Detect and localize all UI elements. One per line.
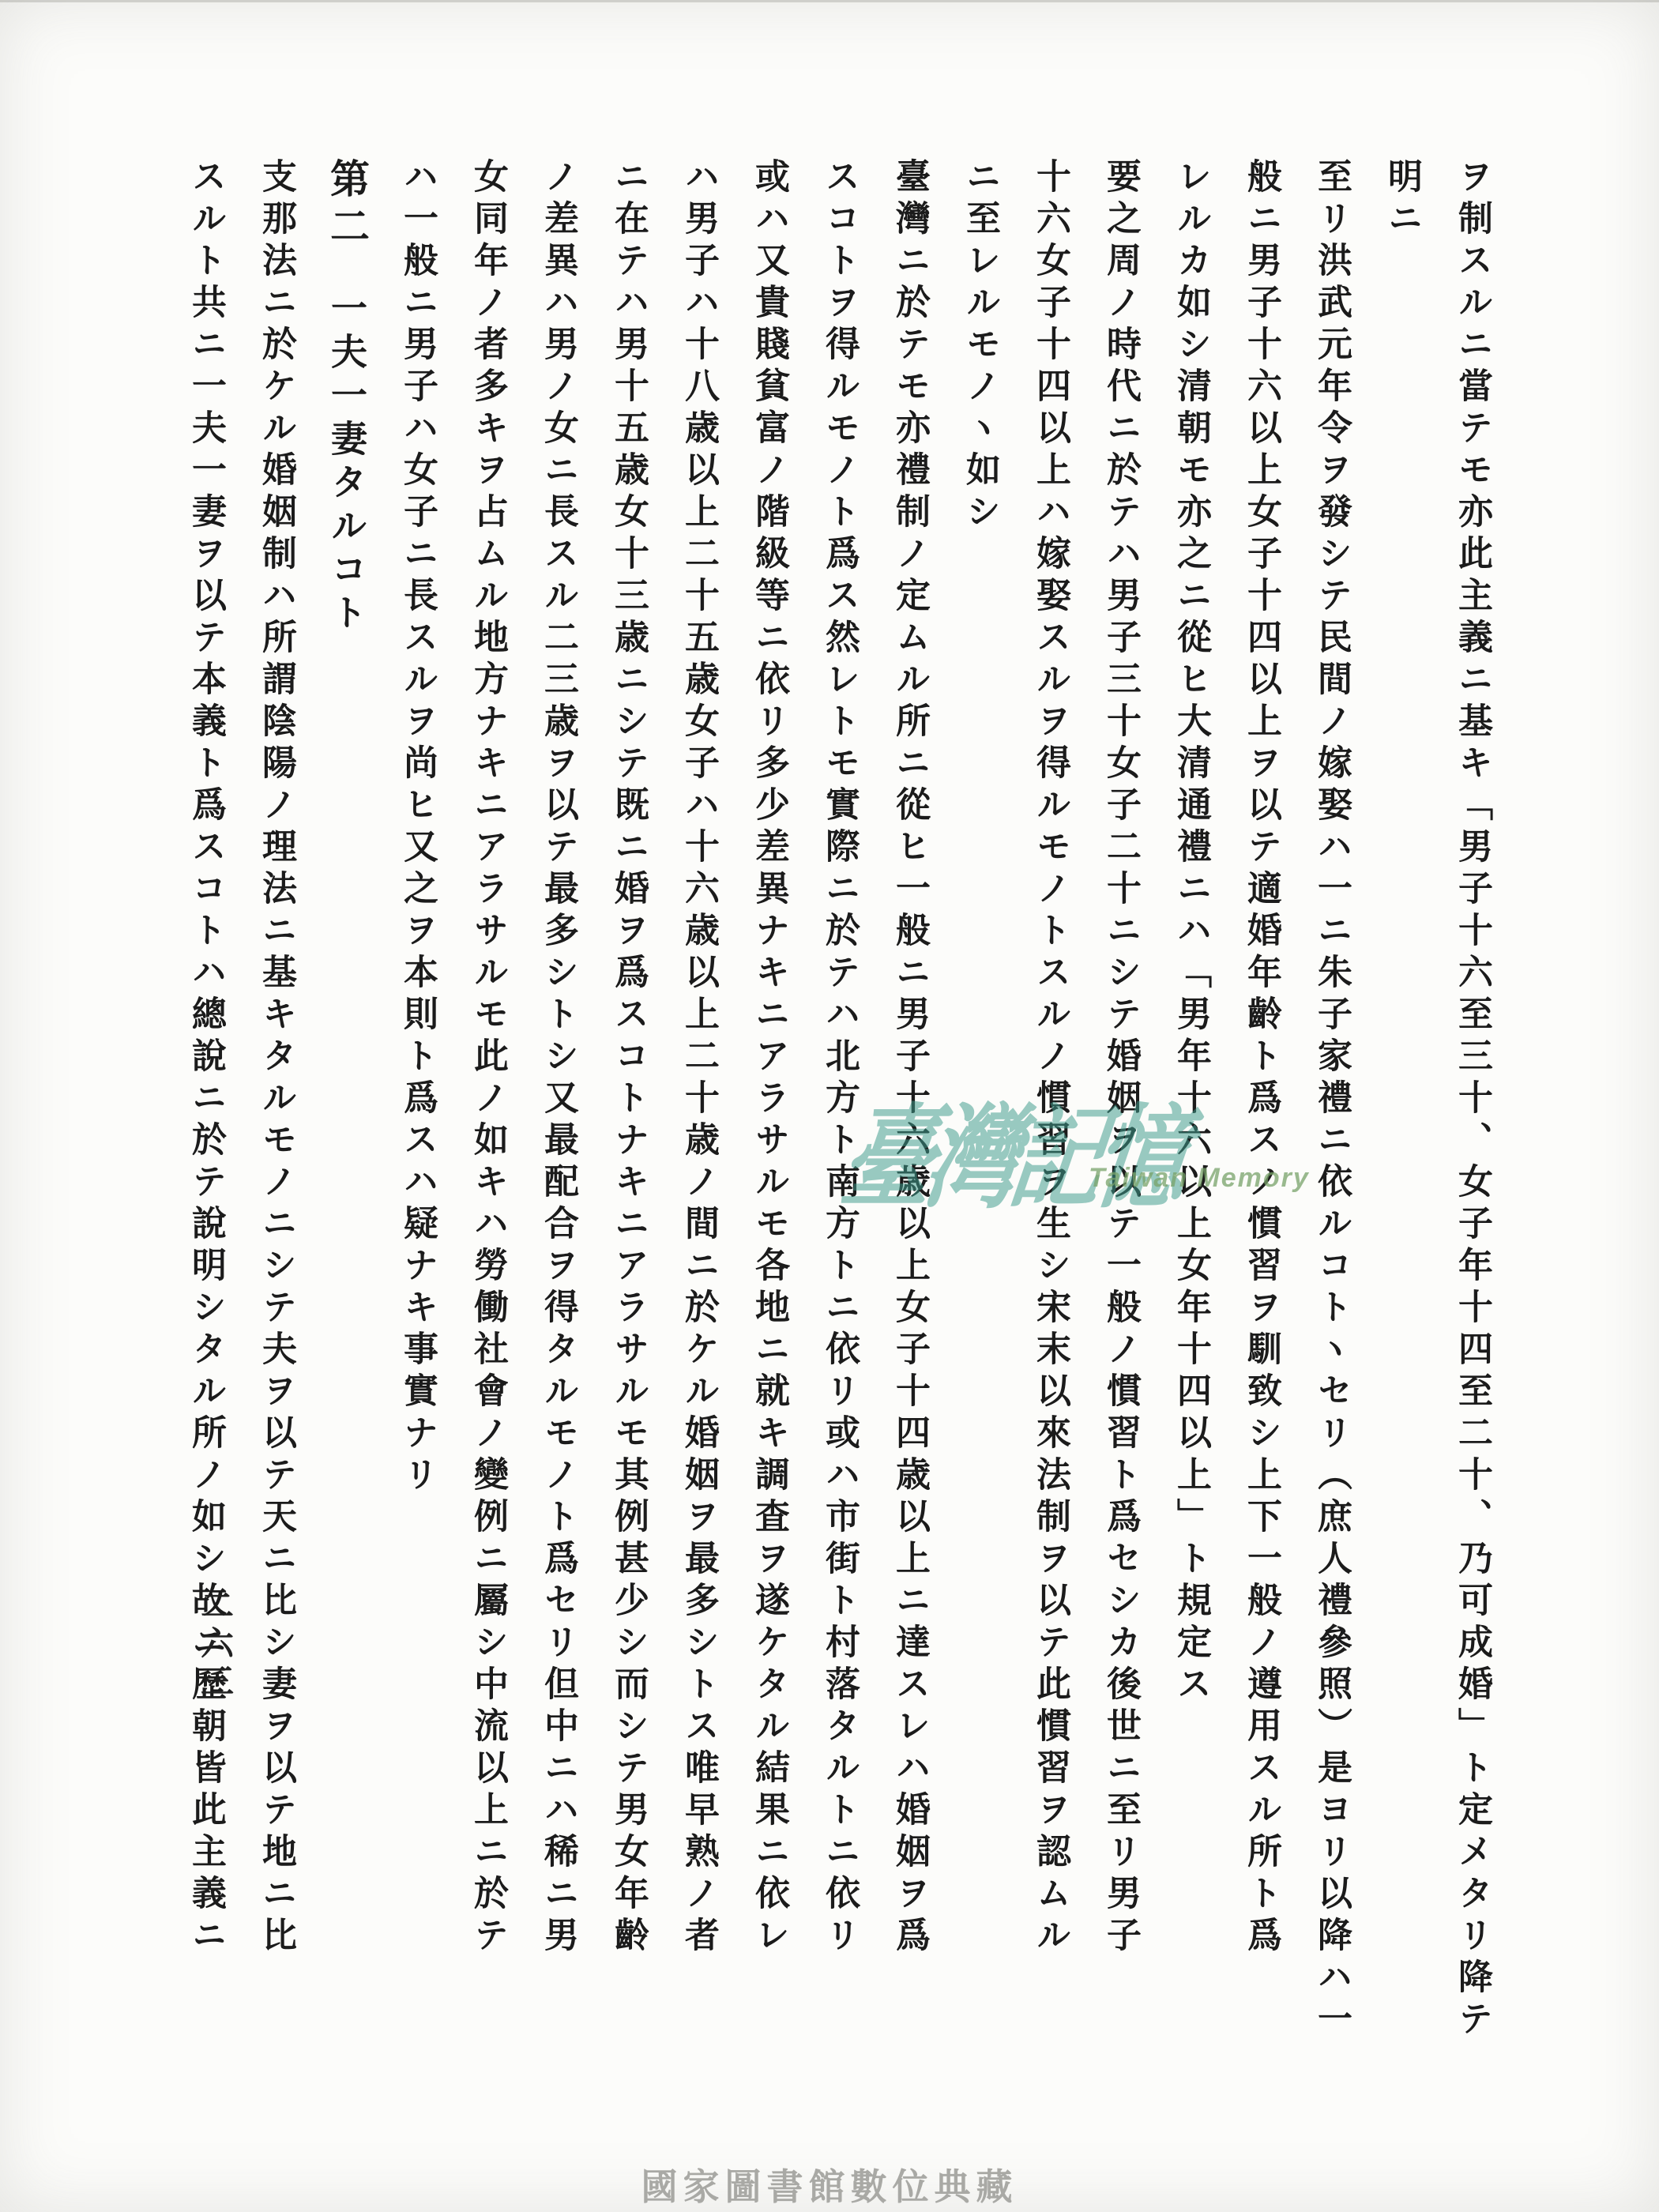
text-column: スコトヲ得ルモノト爲ス然レトモ實際ニ於テハ北方ト南方トニ依リ或ハ市街ト村落タルト… [804,158,875,2078]
text-column: 要之周ノ時代ニ於テハ男子三十女子二十ニシテ婚姻ヲ以テ一般ノ慣習ト爲セシカ後世ニ至… [1085,158,1156,2078]
text-column: 十六女子十四以上ハ嫁娶スルヲ得ルモノトスルノ慣習ヲ生シ宋末以來法制ヲ以テ此慣習ヲ… [1015,158,1085,2078]
section-heading-number: 第二 [324,158,371,253]
text-column: ニ在テハ男十五歳女十三歳ニシテ既ニ婚ヲ爲スコトナキニアラサルモ其例甚少シ而シテ男… [593,158,664,2078]
section-heading-title: 一夫一妻タルコト [325,289,368,637]
text-column: 臺灣ニ於テモ亦禮制ノ定ムル所ニ從ヒ一般ニ男子十六歳以上女子十四歳以上ニ達スレハ婚… [875,158,945,2078]
section-heading: 第二一夫一妻タルコト [311,158,382,2078]
text-column: 至リ洪武元年令ヲ發シテ民間ノ嫁娶ハ一ニ朱子家禮ニ依ルコトヽセリ（庶人禮參照）是ヨ… [1296,158,1367,2078]
text-column: レルカ如シ清朝モ亦之ニ從ヒ大清通禮ニハ「男年十六以上女年十四以上」ト規定ス [1156,158,1226,2078]
text-column: 般ニ男子十六以上女子十四以上ヲ以テ適婚年齡ト爲スノ慣習ヲ馴致シ上下一般ノ遵用スル… [1226,158,1296,2078]
text-block: ヲ制スルニ當テモ亦此主義ニ基キ「男子十六至三十、女子年十四至二十、乃可成婚」ト定… [259,158,1507,2078]
text-column: スルト共ニ一夫一妻ヲ以テ本義ト爲スコトハ總說ニ於テ說明シタル所ノ如シ故ニ歷朝皆此… [171,158,241,2078]
text-column: ヲ制スルニ當テモ亦此主義ニ基キ「男子十六至三十、女子年十四至二十、乃可成婚」ト定… [1367,158,1507,2078]
footer-caption: 國家圖書館數位典藏 [0,2158,1659,2210]
text-column: 女同年ノ者多キヲ占ムル地方ナキニアラサルモ此ノ如キハ勞働社會ノ變例ニ屬シ中流以上… [453,158,523,2078]
page-number: 二六三 [191,1588,239,1702]
text-column: 支那法ニ於ケル婚姻制ハ所謂陰陽ノ理法ニ基キタルモノニシテ夫ヲ以テ天ニ比シ妻ヲ以テ… [241,158,311,2078]
text-column: ニ至レルモノヽ如シ [945,158,1015,2078]
text-column: ハ一般ニ男子ハ女子ニ長スルヲ尚ヒ又之ヲ本則ト爲スハ疑ナキ事實ナリ [382,158,453,2078]
text-column: 或ハ又貴賤貧富ノ階級等ニ依リ多少差異ナキニアラサルモ各地ニ就キ調査ヲ遂ケタル結果… [734,158,804,2078]
scanned-page: ヲ制スルニ當テモ亦此主義ニ基キ「男子十六至三十、女子年十四至二十、乃可成婚」ト定… [0,0,1659,2212]
text-column: ハ男子ハ十八歳以上二十五歳女子ハ十六歳以上二十歳ノ間ニ於ケル婚姻ヲ最多シトス唯早… [664,158,734,2078]
text-column: ノ差異ハ男ノ女ニ長スル二三歳ヲ以テ最多シトシ又最配合ヲ得タルモノト爲セリ但中ニハ… [523,158,593,2078]
